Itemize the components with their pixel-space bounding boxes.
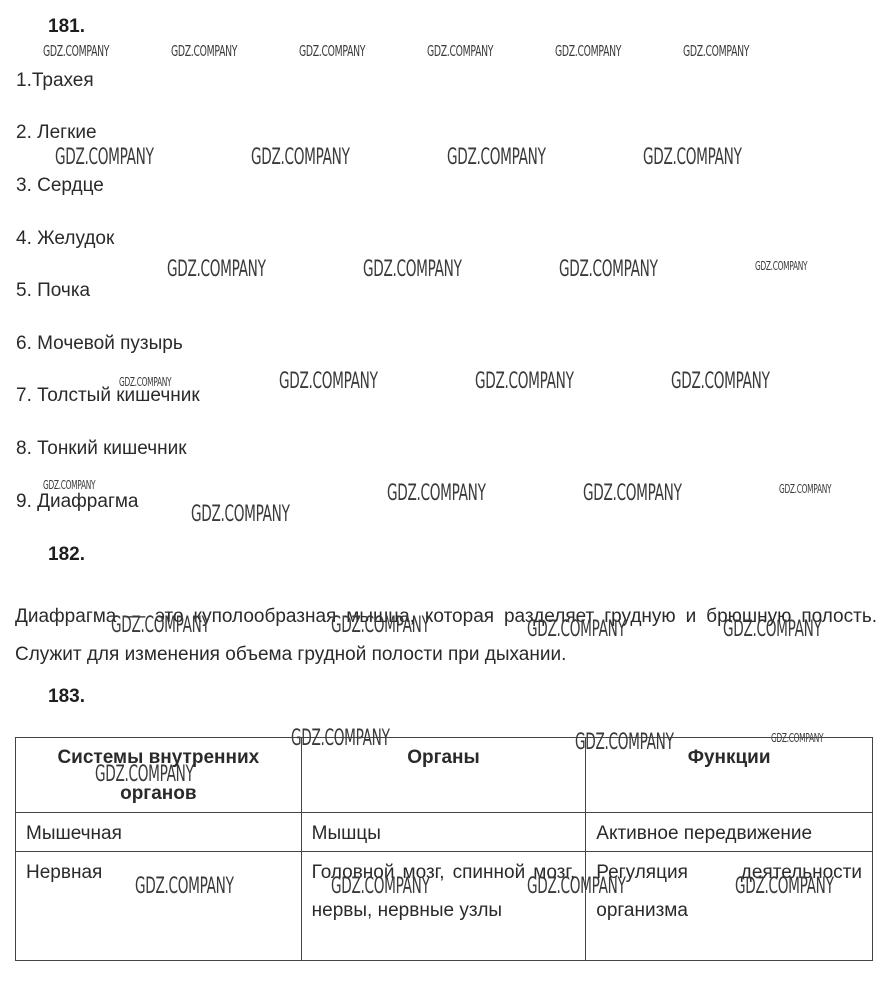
watermark: GDZ.COMPANY: [251, 145, 350, 170]
watermark: GDZ.COMPANY: [671, 369, 770, 394]
watermark: GDZ.COMPANY: [387, 481, 486, 506]
list-item: 9. Диафрагма: [16, 491, 139, 513]
list-item: 3. Сердце: [16, 175, 104, 197]
watermark: GDZ.COMPANY: [779, 482, 831, 496]
task-182-number: 182.: [48, 544, 85, 566]
watermark: GDZ.COMPANY: [683, 42, 749, 60]
watermark: GDZ.COMPANY: [135, 874, 234, 899]
watermark: GDZ.COMPANY: [363, 257, 462, 282]
watermark: GDZ.COMPANY: [331, 613, 430, 638]
watermark: GDZ.COMPANY: [191, 502, 290, 527]
table-cell: Активное передвижение: [586, 813, 873, 852]
list-item: 6. Мочевой пузырь: [16, 333, 183, 355]
table-row: Мышечная Мышцы Активное передвижение: [16, 813, 873, 852]
watermark: GDZ.COMPANY: [167, 257, 266, 282]
task-183-number: 183.: [48, 686, 85, 708]
watermark: GDZ.COMPANY: [755, 259, 807, 273]
list-item: 1.Трахея: [16, 70, 94, 92]
list-item: 7. Толстый кишечник: [16, 385, 200, 407]
watermark: GDZ.COMPANY: [119, 375, 171, 389]
watermark: GDZ.COMPANY: [299, 42, 365, 60]
watermark: GDZ.COMPANY: [527, 617, 626, 642]
watermark: GDZ.COMPANY: [291, 726, 390, 751]
list-item: 8. Тонкий кишечник: [16, 438, 187, 460]
watermark: GDZ.COMPANY: [331, 874, 430, 899]
table-cell: Мышечная: [16, 813, 302, 852]
watermark: GDZ.COMPANY: [447, 145, 546, 170]
watermark: GDZ.COMPANY: [55, 145, 154, 170]
watermark: GDZ.COMPANY: [735, 874, 834, 899]
watermark: GDZ.COMPANY: [555, 42, 621, 60]
table-cell: Регуляция деятельности организма: [586, 852, 873, 961]
watermark: GDZ.COMPANY: [723, 617, 822, 642]
table-cell: Нервная: [16, 852, 302, 961]
list-item: 2. Легкие: [16, 122, 97, 144]
watermark: GDZ.COMPANY: [575, 730, 674, 755]
watermark: GDZ.COMPANY: [171, 42, 237, 60]
watermark: GDZ.COMPANY: [643, 145, 742, 170]
list-item: 4. Желудок: [16, 228, 114, 250]
watermark: GDZ.COMPANY: [475, 369, 574, 394]
watermark: GDZ.COMPANY: [427, 42, 493, 60]
watermark: GDZ.COMPANY: [95, 762, 194, 787]
list-item: 5. Почка: [16, 280, 90, 302]
watermark: GDZ.COMPANY: [583, 481, 682, 506]
table-cell: Мышцы: [301, 813, 586, 852]
watermark: GDZ.COMPANY: [279, 369, 378, 394]
watermark: GDZ.COMPANY: [527, 874, 626, 899]
table-row: Нервная Головной мозг, спинной мозг, нер…: [16, 852, 873, 961]
task-181-number: 181.: [48, 16, 85, 38]
watermark: GDZ.COMPANY: [771, 731, 823, 745]
watermark: GDZ.COMPANY: [43, 42, 109, 60]
watermark: GDZ.COMPANY: [559, 257, 658, 282]
watermark: GDZ.COMPANY: [43, 478, 95, 492]
watermark: GDZ.COMPANY: [111, 613, 210, 638]
table-cell: Головной мозг, спинной мозг, нервы, нерв…: [301, 852, 586, 961]
